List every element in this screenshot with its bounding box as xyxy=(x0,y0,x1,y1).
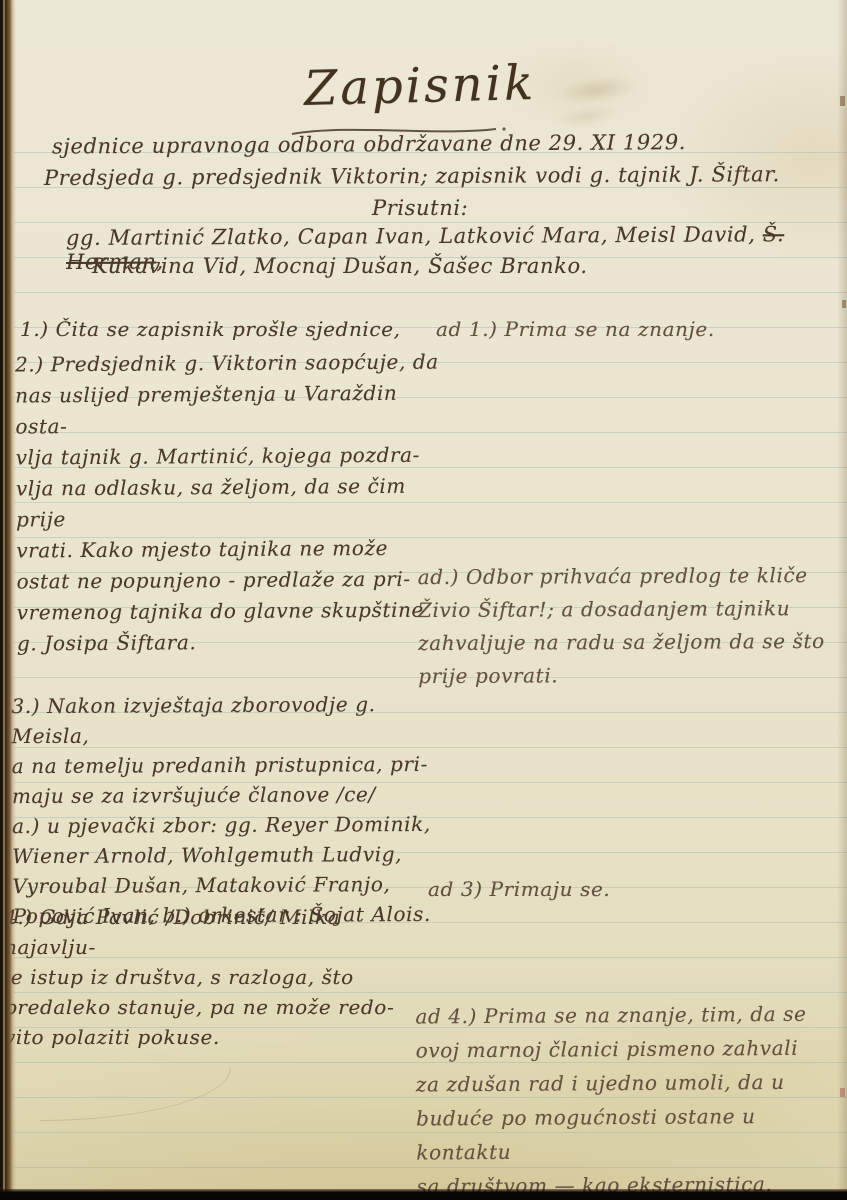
page-right-shadow xyxy=(837,0,847,1200)
resolution-ad-4: ad 4.) Prima se na znanje, tim, da se ov… xyxy=(415,997,846,1200)
attendees-line-2: Kukavina Vid, Mocnaj Dušan, Šašec Branko… xyxy=(92,254,692,278)
pencil-mark xyxy=(40,1068,231,1121)
scanned-minutes-page: Zapisnik sjednice upravnoga odbora obdrž… xyxy=(0,0,847,1200)
resolution-ad-3: ad 3) Primaju se. xyxy=(428,874,728,905)
minute-item-3: 3.) Nakon izvještaja zborovodje g. Meisl… xyxy=(11,689,442,931)
attendees-names: gg. Martinić Zlatko, Capan Ivan, Latkovi… xyxy=(66,222,763,250)
book-binding-edge xyxy=(0,0,16,1200)
page-title: Zapisnik xyxy=(239,53,600,118)
minute-item-2: 2.) Predsjednik g. Viktorin saopćuje, da… xyxy=(15,347,447,660)
minute-item-1: 1.) Čita se zapisnik prošle sjednice, xyxy=(20,314,440,345)
book-bottom-edge xyxy=(0,1189,847,1200)
binding-highlight xyxy=(3,0,5,1200)
header-chair-line: Predsjeda g. predsjednik Viktorin; zapis… xyxy=(44,162,814,190)
resolution-ad-2: ad.) Odbor prihvaća predlog te kliče Živ… xyxy=(418,559,839,693)
present-label: Prisutni: xyxy=(372,196,468,220)
resolution-ad-1: ad 1.) Prima se na znanje. xyxy=(436,314,836,345)
minute-item-4: 4.) Gdja Pavlić /Dobrinić/ Milka najavlj… xyxy=(4,902,434,1052)
header-session-line: sjednice upravnoga odbora obdržavane dne… xyxy=(52,129,772,158)
